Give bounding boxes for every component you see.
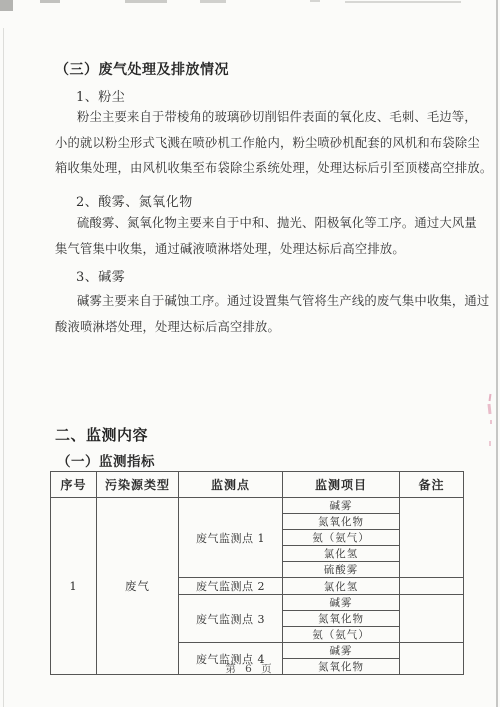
item-cell: 氮氧化物 (283, 611, 400, 627)
item-cell: 氨（氨气） (283, 530, 400, 546)
scan-smudge (200, 0, 226, 3)
page-number: 第 6 页 (0, 661, 500, 676)
item-cell: 硫酸雾 (283, 562, 400, 578)
table-header-row: 序号 污染源类型 监测点 监测项目 备注 (51, 472, 464, 498)
paragraph-line: 碱雾主要来自于碱蚀工序。通过设置集气管将生产线的废气集中收集，通过 (55, 289, 475, 315)
subsection-title-acid-mist: 2、酸雾、氮氧化物 (76, 191, 193, 210)
scan-smudge (0, 0, 13, 11)
column-header-source-type: 污染源类型 (97, 472, 179, 498)
item-cell: 氯化氢 (283, 578, 400, 595)
scan-smudge (125, 0, 167, 3)
scan-smudge (310, 0, 320, 2)
source-type-cell: 废气 (97, 498, 179, 675)
scan-edge-line-left (3, 28, 4, 707)
subsection-title-alkali-mist: 3、碱雾 (76, 266, 125, 285)
table-row: 1 废气 废气监测点 1 碱雾 (51, 498, 464, 514)
paragraph-line: 硫酸雾、氮氧化物主要来自于中和、抛光、阳极氧化等工序。通过大风量 (55, 211, 475, 237)
point-cell-3: 废气监测点 3 (179, 595, 283, 643)
remark-cell (400, 578, 464, 595)
scan-smudge (40, 0, 60, 3)
scan-edge-line-right (496, 0, 498, 707)
remark-cell (400, 498, 464, 578)
paragraph-line: 酸液喷淋塔处理，处理达标后高空排放。 (55, 315, 475, 341)
item-cell: 碱雾 (283, 498, 400, 514)
item-cell: 氯化氢 (283, 546, 400, 562)
red-pen-mark (490, 420, 492, 424)
red-pen-mark (489, 394, 492, 401)
monitoring-indicators-table: 序号 污染源类型 监测点 监测项目 备注 1 废气 废气监测点 1 碱雾 氮氧化… (50, 471, 464, 675)
item-cell: 氨（氨气） (283, 627, 400, 643)
red-pen-mark (489, 441, 491, 446)
red-pen-mark (487, 404, 491, 414)
paragraph-line: 箱收集处理，由风机收集至布袋除尘系统处理，处理达标后引至顶楼高空排放。 (55, 156, 475, 182)
scan-smudge (345, 1, 461, 3)
item-cell: 氮氧化物 (283, 514, 400, 530)
section-heading-monitoring-content: 二、监测内容 (55, 424, 148, 445)
item-cell: 碱雾 (283, 643, 400, 659)
paragraph-line: 粉尘主要来自于带棱角的玻璃砂切削铝件表面的氧化皮、毛刺、毛边等， (55, 105, 475, 131)
paragraph-dust: 粉尘主要来自于带棱角的玻璃砂切削铝件表面的氧化皮、毛刺、毛边等， 小的就以粉尘形… (55, 105, 475, 182)
subsection-heading-monitoring-indicators: （一）监测指标 (57, 450, 155, 470)
point-cell-2: 废气监测点 2 (179, 578, 283, 595)
section-heading-waste-gas: （三）废气处理及排放情况 (55, 59, 229, 79)
column-header-monitoring-point: 监测点 (179, 472, 283, 498)
paragraph-line: 小的就以粉尘形式飞溅在喷砂机工作舱内，粉尘喷砂机配套的风机和布袋除尘 (55, 131, 475, 157)
item-cell: 碱雾 (283, 595, 400, 611)
paragraph-line: 集气管集中收集，通过碱液喷淋塔处理，处理达标后高空排放。 (55, 237, 475, 263)
point-cell-1: 废气监测点 1 (179, 498, 283, 578)
remark-cell (400, 595, 464, 643)
column-header-monitoring-item: 监测项目 (283, 472, 400, 498)
column-header-remark: 备注 (400, 472, 464, 498)
paragraph-acid-mist: 硫酸雾、氮氧化物主要来自于中和、抛光、阳极氧化等工序。通过大风量 集气管集中收集… (55, 211, 475, 262)
document-page: （三）废气处理及排放情况 1、粉尘 粉尘主要来自于带棱角的玻璃砂切削铝件表面的氧… (0, 0, 500, 707)
subsection-title-dust: 1、粉尘 (76, 86, 125, 105)
paragraph-alkali-mist: 碱雾主要来自于碱蚀工序。通过设置集气管将生产线的废气集中收集，通过 酸液喷淋塔处… (55, 289, 475, 340)
column-header-serial: 序号 (51, 472, 97, 498)
serial-cell: 1 (51, 498, 97, 675)
